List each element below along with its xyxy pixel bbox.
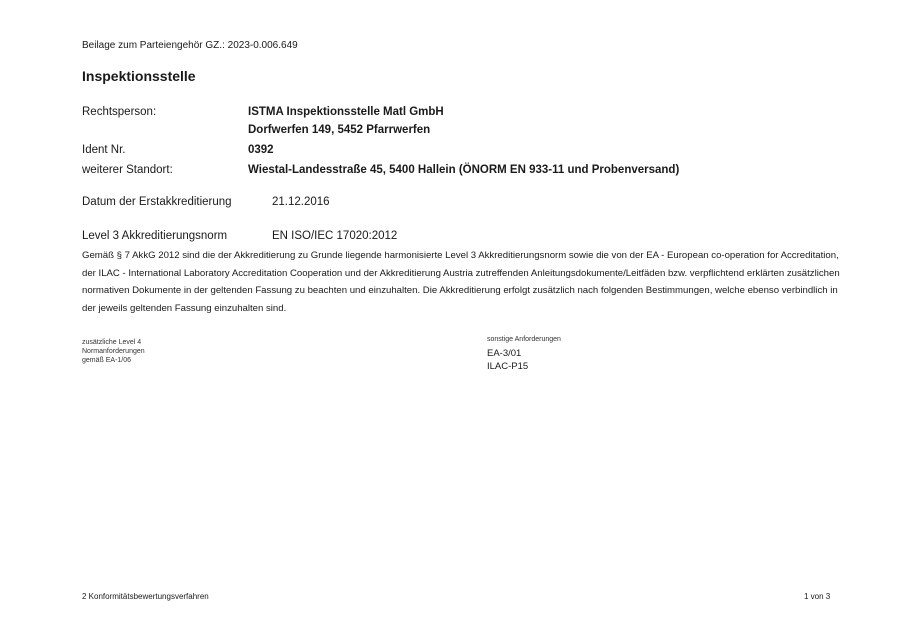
accreditation-paragraph: Gemäß § 7 AkkG 2012 sind die der Akkredi… — [82, 247, 844, 317]
erstakkreditierung-label: Datum der Erstakkreditierung — [82, 196, 232, 208]
standort-value: Wiestal-Landesstraße 45, 5400 Hallein (Ö… — [248, 164, 679, 176]
page-title: Inspektionsstelle — [82, 68, 196, 84]
footer-section: 2 Konformitätsbewertungsverfahren — [82, 592, 209, 601]
level4-line: zusätzliche Level 4 — [82, 338, 145, 347]
rechtsperson-address: Dorfwerfen 149, 5452 Pfarrwerfen — [248, 124, 430, 136]
standort-label: weiterer Standort: — [82, 164, 173, 176]
akkreditierungsnorm-label: Level 3 Akkreditierungsnorm — [82, 230, 227, 242]
level4-line: Normanforderungen — [82, 347, 145, 356]
rechtsperson-label: Rechtsperson: — [82, 106, 156, 118]
ident-label: Ident Nr. — [82, 144, 125, 156]
ident-value: 0392 — [248, 144, 274, 156]
requirement-item: EA-3/01 — [487, 347, 528, 360]
level4-requirements: zusätzliche Level 4 Normanforderungen ge… — [82, 338, 145, 365]
other-requirements-list: EA-3/01 ILAC-P15 — [487, 347, 528, 373]
rechtsperson-name: ISTMA Inspektionsstelle Matl GmbH — [248, 106, 444, 118]
erstakkreditierung-date: 21.12.2016 — [272, 196, 330, 208]
document-reference: Beilage zum Parteiengehör GZ.: 2023-0.00… — [82, 40, 298, 51]
page-number: 1 von 3 — [804, 592, 830, 601]
akkreditierungsnorm-value: EN ISO/IEC 17020:2012 — [272, 230, 397, 242]
requirement-item: ILAC-P15 — [487, 360, 528, 373]
other-requirements-label: sonstige Anforderungen — [487, 336, 561, 343]
level4-line: gemäß EA-1/06 — [82, 356, 145, 365]
